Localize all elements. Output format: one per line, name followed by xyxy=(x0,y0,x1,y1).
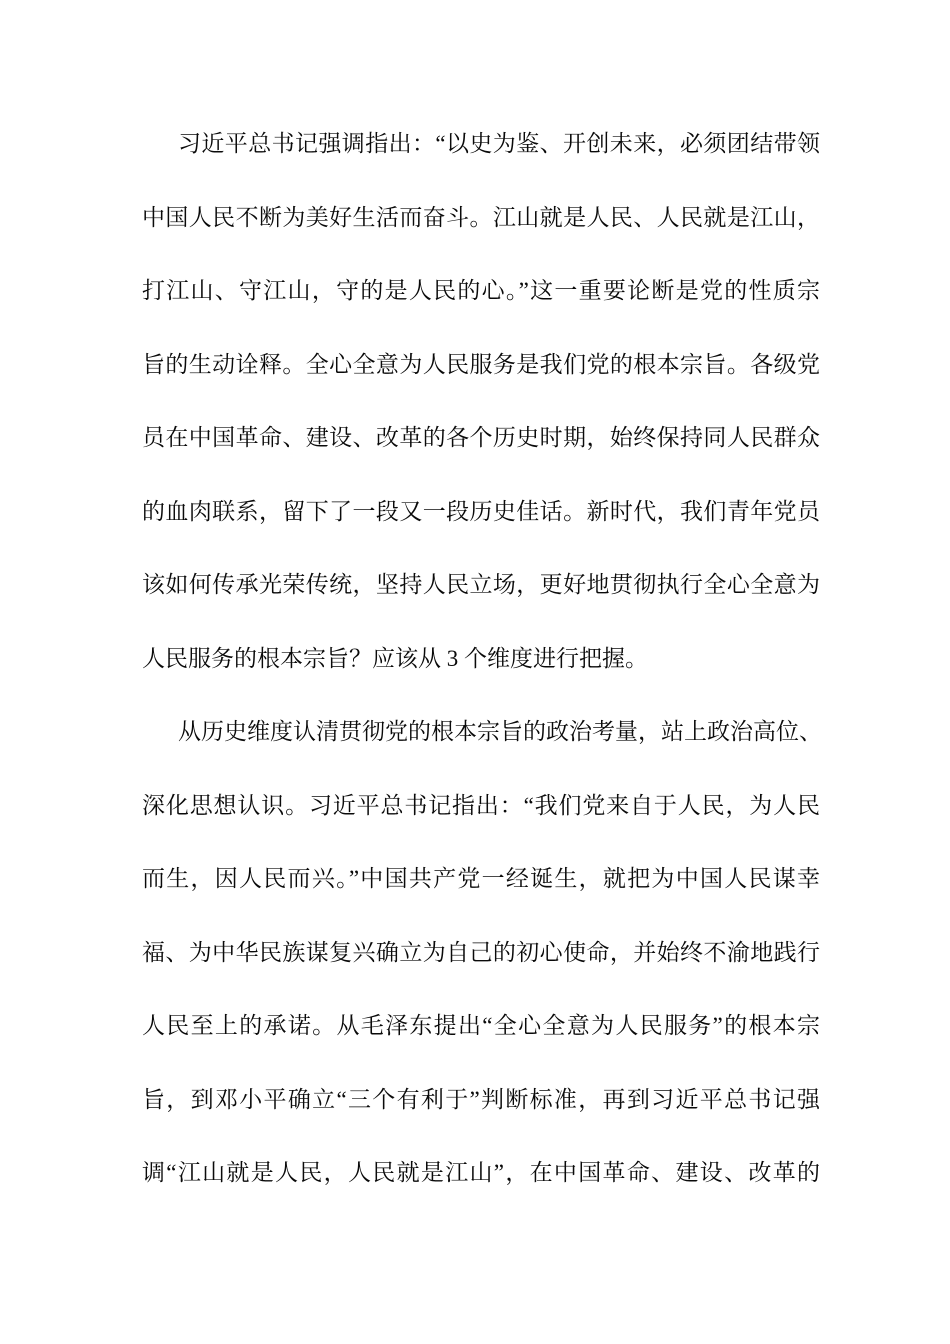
text-line: 人民至上的承诺。从毛泽东提出“全心全意为人民服务”的根本宗 xyxy=(142,989,820,1063)
text-line: 的血肉联系，留下了一段又一段历史佳话。新时代，我们青年党员 xyxy=(142,475,820,549)
text-line: 从历史维度认清贯彻党的根本宗旨的政治考量，站上政治高位、 xyxy=(142,695,820,769)
paragraph: 从历史维度认清贯彻党的根本宗旨的政治考量，站上政治高位、深化思想认识。习近平总书… xyxy=(142,695,820,1210)
text-line: 打江山、守江山，守的是人民的心。”这一重要论断是党的性质宗 xyxy=(142,254,820,328)
paragraph: 习近平总书记强调指出：“以史为鉴、开创未来，必须团结带领中国人民不断为美好生活而… xyxy=(142,107,820,695)
text-line: 习近平总书记强调指出：“以史为鉴、开创未来，必须团结带领 xyxy=(142,107,820,181)
text-line: 旨的生动诠释。全心全意为人民服务是我们党的根本宗旨。各级党 xyxy=(142,328,820,402)
document-page: 习近平总书记强调指出：“以史为鉴、开创未来，必须团结带领中国人民不断为美好生活而… xyxy=(0,0,950,1344)
text-line: 旨，到邓小平确立“三个有利于”判断标准，再到习近平总书记强 xyxy=(142,1063,820,1137)
text-line: 调“江山就是人民，人民就是江山”，在中国革命、建设、改革的 xyxy=(142,1136,820,1210)
text-line: 人民服务的根本宗旨？应该从 3 个维度进行把握。 xyxy=(142,622,820,696)
text-line: 福、为中华民族谋复兴确立为自己的初心使命，并始终不渝地践行 xyxy=(142,916,820,990)
text-line: 深化思想认识。习近平总书记指出：“我们党来自于人民，为人民 xyxy=(142,769,820,843)
text-line: 该如何传承光荣传统，坚持人民立场，更好地贯彻执行全心全意为 xyxy=(142,548,820,622)
text-line: 员在中国革命、建设、改革的各个历史时期，始终保持同人民群众 xyxy=(142,401,820,475)
text-line: 而生，因人民而兴。”中国共产党一经诞生，就把为中国人民谋幸 xyxy=(142,842,820,916)
document-text-block: 习近平总书记强调指出：“以史为鉴、开创未来，必须团结带领中国人民不断为美好生活而… xyxy=(142,107,820,1210)
text-line: 中国人民不断为美好生活而奋斗。江山就是人民、人民就是江山， xyxy=(142,181,820,255)
